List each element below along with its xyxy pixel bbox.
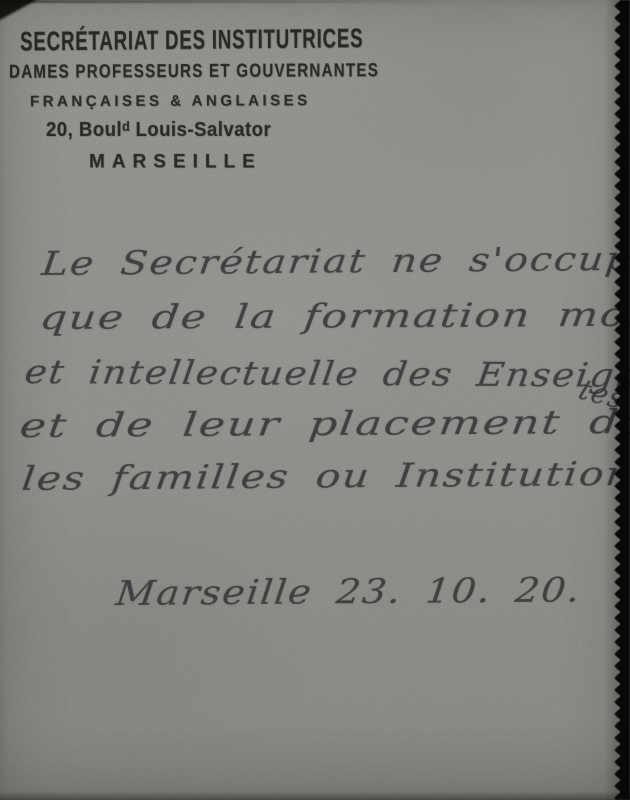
handwritten-line-4: et de leur placement dans [18, 404, 630, 445]
letterhead-address: 20, Boulᵈ Louis-Salvator [46, 119, 271, 142]
handwritten-dateline: Marseille 23. 10. 20. [114, 572, 583, 613]
bottom-edge-shadow [0, 791, 630, 800]
handwritten-line-1: Le Secrétariat ne s'occupe [40, 241, 630, 283]
dark-corner-top-left [0, 0, 40, 21]
letterhead-subtitle-2: FRANÇAISES & ANGLAISES [30, 92, 311, 110]
serrated-edge-right [614, 0, 630, 800]
scanned-document-card: SECRÉTARIAT DES INSTITUTRICES DAMES PROF… [0, 0, 630, 800]
letterhead-city: MARSEILLE [89, 151, 262, 173]
letterhead-org-name: SECRÉTARIAT DES INSTITUTRICES [20, 24, 363, 59]
top-edge-shadow [0, 0, 460, 3]
letterhead-subtitle: DAMES PROFESSEURS ET GOUVERNANTES [9, 59, 379, 83]
handwritten-line-2: que de la formation morale [38, 296, 630, 336]
handwritten-line-5: les familles ou Institutions [20, 456, 630, 498]
handwritten-line-3: et intellectuelle des Enseignan [23, 354, 630, 394]
